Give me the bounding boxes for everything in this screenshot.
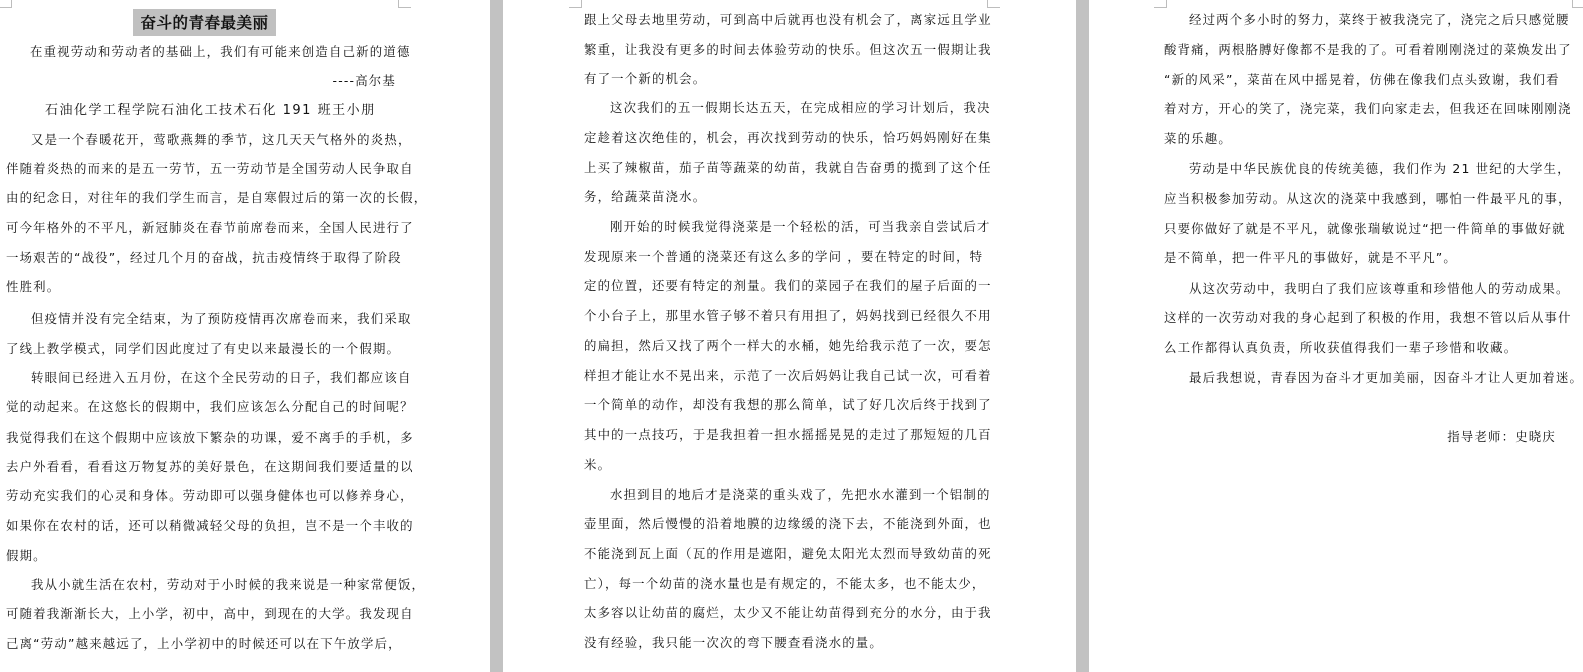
paragraph-line[interactable]: 我从小就生活在农村，劳动对于小时候的我来说是一种家常便饭， bbox=[31, 577, 425, 593]
paragraph-line[interactable]: 太多容以让幼苗的腐烂，太少又不能让幼苗得到充分的水分，由于我 bbox=[584, 605, 992, 621]
paragraph-line[interactable]: 如果你在农村的话，还可以稍微减轻父母的负担，岂不是一个丰收的 bbox=[6, 518, 414, 534]
paragraph-line[interactable]: 上买了辣椒苗，茄子苗等蔬菜的幼苗，我就自告奋勇的揽到了这个任 bbox=[584, 160, 992, 176]
page-gutter bbox=[490, 0, 503, 672]
margin-corner-mark bbox=[569, 0, 582, 8]
margin-corner-mark bbox=[1572, 0, 1583, 8]
epigraph-author[interactable]: ----高尔基 bbox=[300, 73, 396, 89]
paragraph-line[interactable]: 可今年格外的不平凡，新冠肺炎在春节前席卷而来，全国人民进行了 bbox=[6, 220, 414, 236]
paragraph-line[interactable]: 一个简单的动作，却没有我想的那么简单，试了好几次后终于找到了 bbox=[584, 397, 992, 413]
document-page-2: 跟上父母去地里劳动，可到高中后就再也没有机会了，离家远且学业 繁重，让我没有更多… bbox=[503, 0, 1076, 672]
paragraph-line[interactable]: 米。 bbox=[584, 457, 611, 473]
paragraph-line[interactable]: 菜的乐趣。 bbox=[1164, 131, 1232, 147]
margin-corner-mark bbox=[398, 0, 411, 8]
epigraph-quote[interactable]: 在重视劳动和劳动者的基础上，我们有可能来创造自己新的道德 bbox=[30, 44, 411, 60]
paragraph-line[interactable]: 性胜利。 bbox=[6, 279, 60, 295]
paragraph-line[interactable]: 又是一个春暖花开，莺歌燕舞的季节，这几天天气格外的炎热， bbox=[31, 132, 412, 148]
paragraph-line[interactable]: 有了一个新的机会。 bbox=[584, 71, 706, 87]
document-page-3: 经过两个多小时的努力，菜终于被我浇完了，浇完之后只感觉腰 酸背痛，两根胳膊好像都… bbox=[1089, 0, 1583, 672]
paragraph-line[interactable]: 去户外看看，看看这万物复苏的美好景色，在这期间我们要适量的以 bbox=[6, 459, 414, 475]
paragraph-line[interactable]: 可随着我渐渐长大，上小学，初中，高中，到现在的大学。我发现自 bbox=[6, 606, 414, 622]
paragraph-line[interactable]: 由的纪念日，对往年的我们学生而言，是自寒假过后的第一次的长假， bbox=[6, 190, 427, 206]
paragraph-line[interactable]: 劳动充实我们的心灵和身体。劳动即可以强身健体也可以修养身心， bbox=[6, 488, 414, 504]
paragraph-line[interactable]: 刚开始的时候我觉得浇菜是一个轻松的活，可当我亲自尝试后才 bbox=[610, 219, 991, 235]
page-gutter bbox=[1076, 0, 1089, 672]
paragraph-line[interactable]: 壶里面，然后慢慢的沿着地膜的边缘缓的浇下去，不能浇到外面，也 bbox=[584, 516, 992, 532]
paragraph-line[interactable]: 不能浇到瓦上面（瓦的作用是遮阳，避免太阳光太烈而导致幼苗的死 bbox=[584, 546, 992, 562]
paragraph-line[interactable]: 亡），每一个幼苗的浇水量也是有规定的，不能太多，也不能太少， bbox=[584, 576, 986, 592]
paragraph-line[interactable]: 觉的动起来。在这悠长的假期中，我们应该怎么分配自己的时间呢？ bbox=[6, 399, 414, 415]
paragraph-line[interactable]: 了线上教学模式，同学们因此度过了有史以来最漫长的一个假期。 bbox=[6, 341, 400, 357]
margin-corner-mark bbox=[987, 0, 1000, 8]
paragraph-line[interactable]: 跟上父母去地里劳动，可到高中后就再也没有机会了，离家远且学业 bbox=[584, 12, 992, 28]
paragraph-line[interactable]: 伴随着炎热的而来的是五一劳节，五一劳动节是全国劳动人民争取自 bbox=[6, 161, 414, 177]
paragraph-line[interactable]: 只要你做好了就是不平凡，就像张瑞敏说过“把一件简单的事做好就 bbox=[1164, 221, 1566, 237]
paragraph-line[interactable]: 最后我想说，青春因为奋斗才更加美丽，因奋斗才让人更加着迷。 bbox=[1189, 370, 1583, 386]
author-line[interactable]: 石油化学工程学院石油化工技术石化 191 班王小朋 bbox=[45, 103, 376, 119]
paragraph-line[interactable]: 劳动是中华民族优良的传统美德，我们作为 21 世纪的大学生， bbox=[1189, 161, 1571, 177]
margin-corner-mark bbox=[0, 0, 12, 8]
paragraph-line[interactable]: 繁重，让我没有更多的时间去体验劳动的快乐。但这次五一假期让我 bbox=[584, 42, 992, 58]
paragraph-line[interactable]: 假期。 bbox=[6, 548, 47, 564]
paragraph-line[interactable]: “新的风采”，菜苗在风中摇晃着，仿佛在像我们点头致谢，我们看 bbox=[1164, 72, 1560, 88]
paragraph-line[interactable]: 没有经验，我只能一次次的弯下腰查看浇水的量。 bbox=[584, 635, 883, 651]
paragraph-line[interactable]: 着对方，开心的笑了，浇完菜，我们向家走去，但我还在回味刚刚浇 bbox=[1164, 101, 1572, 117]
margin-corner-mark bbox=[1154, 0, 1167, 8]
paragraph-line[interactable]: 但疫情并没有完全结束，为了预防疫情再次席卷而来，我们采取 bbox=[31, 311, 412, 327]
paragraph-line[interactable]: 定的位置，还要有特定的剂量。我们的菜园子在我们的屋子后面的一 bbox=[584, 278, 992, 294]
paragraph-line[interactable]: 的扁担，然后又找了两个一样大的水桶，她先给我示范了一次，要怎 bbox=[584, 338, 992, 354]
paragraph-line[interactable]: 这次我们的五一假期长达五天，在完成相应的学习计划后，我决 bbox=[610, 100, 991, 116]
paragraph-line[interactable]: 水担到目的地后才是浇菜的重头戏了，先把水水灌到一个铝制的 bbox=[610, 487, 991, 503]
paragraph-line[interactable]: 务，给蔬菜苗浇水。 bbox=[584, 189, 706, 205]
paragraph-line[interactable]: 是不简单，把一件平凡的事做好，就是不平凡”。 bbox=[1164, 250, 1457, 266]
document-title[interactable]: 奋斗的青春最美丽 bbox=[133, 9, 276, 36]
paragraph-line[interactable]: 一场艰苦的“战役”，经过几个月的奋战，抗击疫情终于取得了阶段 bbox=[6, 250, 402, 266]
paragraph-line[interactable]: 应当积极参加劳动。从这次的浇菜中我感到，哪怕一件最平凡的事， bbox=[1164, 191, 1572, 207]
paragraph-line[interactable]: 酸背痛，两根胳膊好像都不是我的了。可看着刚刚浇过的菜焕发出了 bbox=[1164, 42, 1572, 58]
paragraph-line[interactable]: 己离“劳动”越来越远了，上小学初中的时候还可以在下午放学后， bbox=[6, 636, 402, 652]
paragraph-line[interactable]: 个小台子上，那里水管子够不着只有用担了，妈妈找到已经很久不用 bbox=[584, 308, 992, 324]
paragraph-line[interactable]: 其中的一点技巧，于是我担着一担水摇摇晃晃的走过了那短短的几百 bbox=[584, 427, 992, 443]
paragraph-line[interactable]: 么工作都得认真负责，所收获值得我们一辈子珍惜和收藏。 bbox=[1164, 340, 1517, 356]
paragraph-line[interactable]: 从这次劳动中，我明白了我们应该尊重和珍惜他人的劳动成果。 bbox=[1189, 281, 1570, 297]
paragraph-line[interactable]: 样担才能让水不晃出来，示范了一次后妈妈让我自己试一次，可看着 bbox=[584, 368, 992, 384]
paragraph-line[interactable]: 这样的一次劳动对我的身心起到了积极的作用，我想不管以后从事什 bbox=[1164, 310, 1572, 326]
paragraph-line[interactable]: 经过两个多小时的努力，菜终于被我浇完了，浇完之后只感觉腰 bbox=[1189, 12, 1570, 28]
document-page-1: 奋斗的青春最美丽 在重视劳动和劳动者的基础上，我们有可能来创造自己新的道德 --… bbox=[0, 0, 490, 672]
paragraph-line[interactable]: 转眼间已经进入五月份，在这个全民劳动的日子，我们都应该自 bbox=[31, 370, 412, 386]
advisor-signature[interactable]: 指导老师：史晓庆 bbox=[1409, 429, 1556, 445]
paragraph-line[interactable]: 我觉得我们在这个假期中应该放下繁杂的功课，爱不离手的手机，多 bbox=[6, 430, 414, 446]
paragraph-line[interactable]: 定趁着这次绝佳的，机会，再次找到劳动的快乐，恰巧妈妈刚好在集 bbox=[584, 130, 992, 146]
paragraph-line[interactable]: 发现原来一个普通的浇菜还有这么多的学问 ，要在特定的时间，特 bbox=[584, 249, 983, 265]
